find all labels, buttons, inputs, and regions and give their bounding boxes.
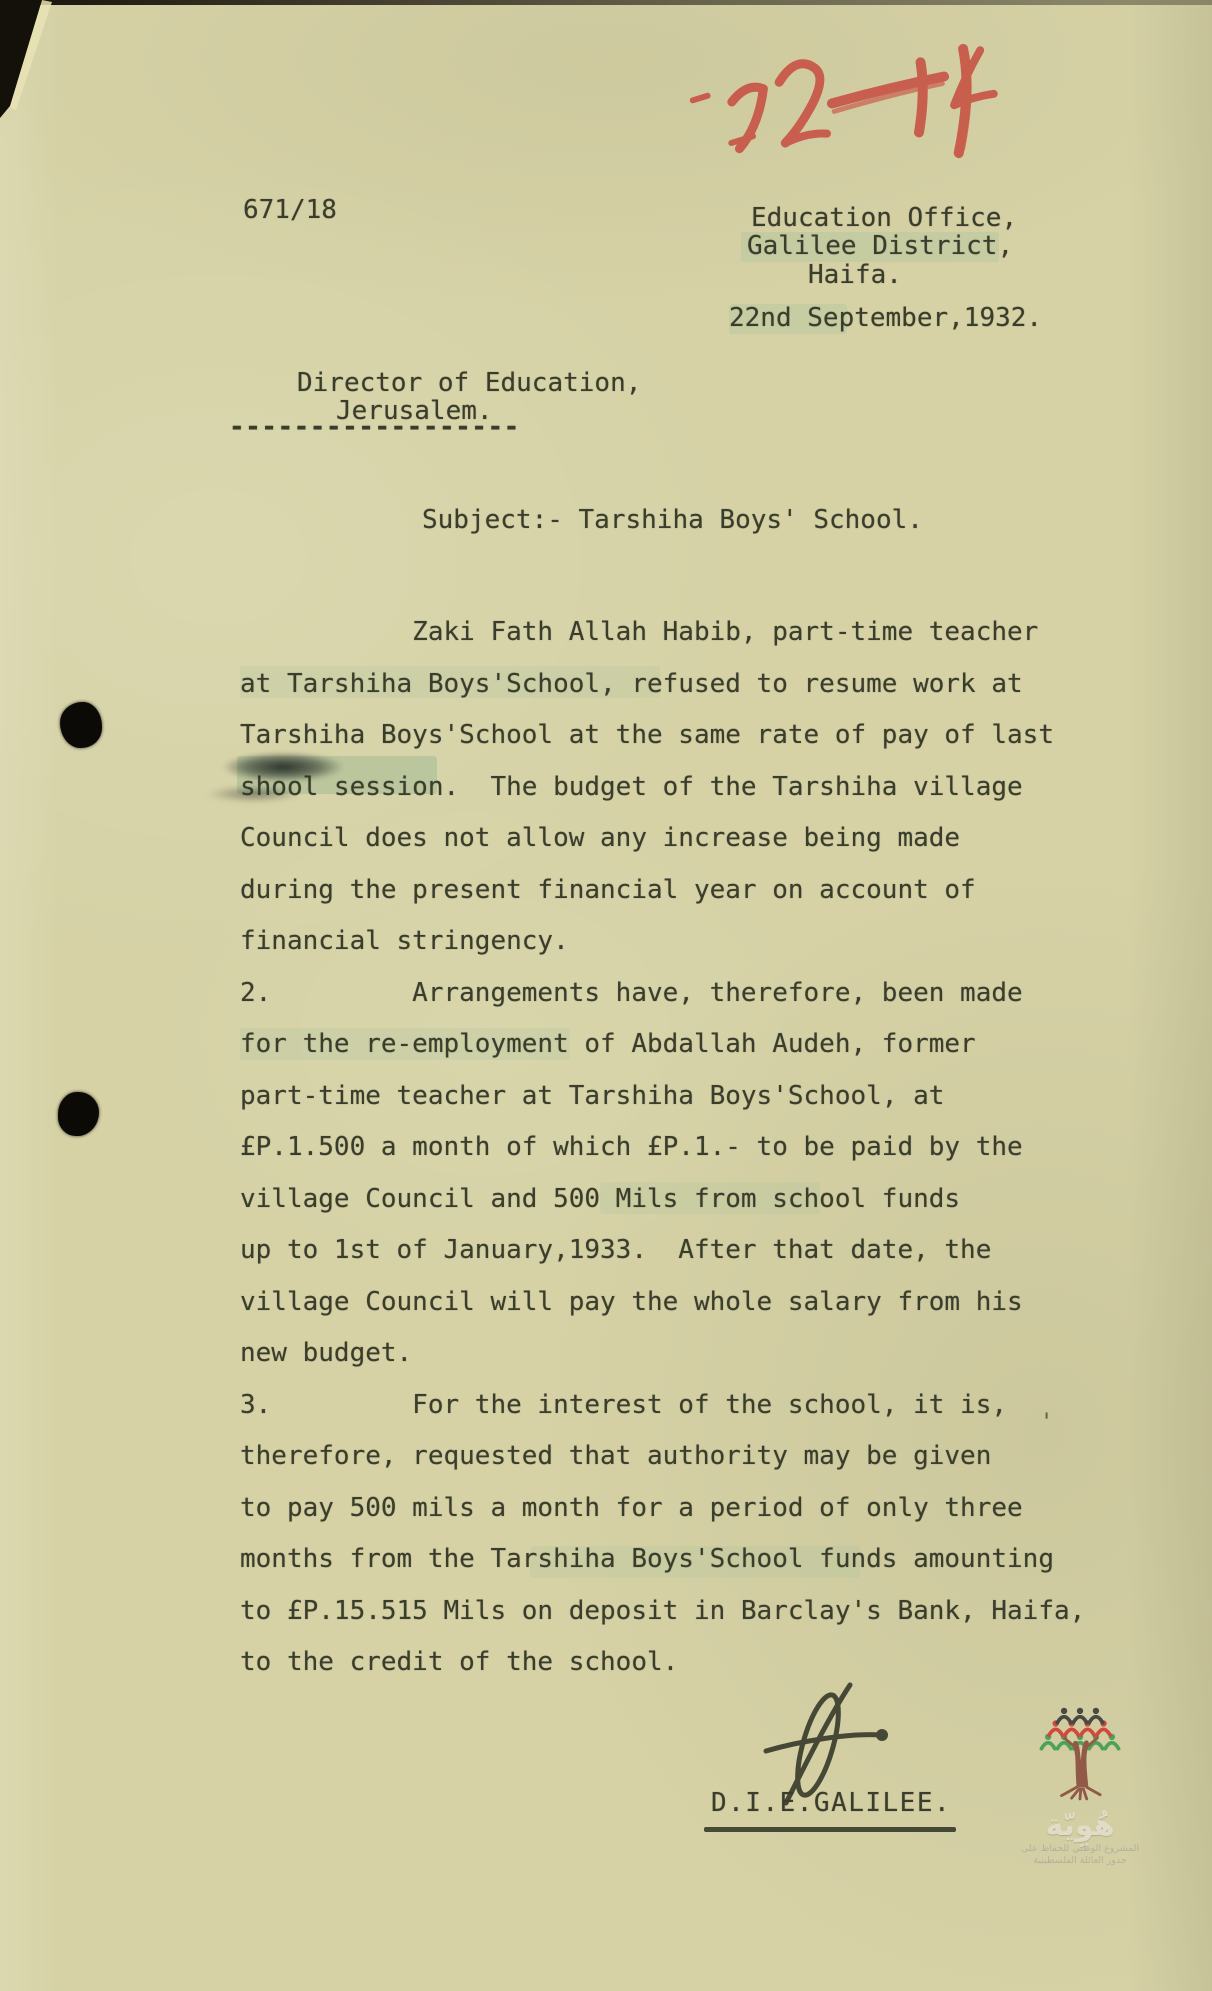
hole-punch: [58, 1092, 99, 1136]
hole-punch: [60, 702, 102, 748]
sender-address-line: Galilee District,: [747, 233, 1013, 259]
body-line: shool session. The budget of the Tarshih…: [240, 762, 1085, 814]
body-line: 3. For the interest of the school, it is…: [240, 1380, 1085, 1432]
sender-address-line: Haifa.: [808, 262, 902, 288]
body-line: village Council will pay the whole salar…: [240, 1277, 1085, 1329]
body-line: to £P.15.515 Mils on deposit in Barclay'…: [240, 1586, 1085, 1638]
letter-date: 22nd September,1932.: [729, 305, 1042, 331]
body-line: financial stringency.: [240, 916, 1085, 968]
stray-pen-mark: ': [1040, 1412, 1053, 1434]
watermark-tagline: المشروع الوطني للحفاظ على: [1008, 1843, 1152, 1855]
ink-smudge: [206, 786, 302, 802]
body-line: to pay 500 mils a month for a period of …: [240, 1483, 1085, 1535]
red-handwritten-number: [658, 29, 1033, 182]
watermark-tagline: جذور العائلة الفلسطينية: [1008, 1855, 1152, 1867]
body-line: months from the Tarshiha Boys'School fun…: [240, 1534, 1085, 1586]
watermark-tree-logo: [1038, 1700, 1122, 1809]
body-line: at Tarshiha Boys'School, refused to resu…: [240, 659, 1085, 711]
recipient-line: Director of Education,: [297, 370, 641, 396]
body-line: up to 1st of January,1933. After that da…: [240, 1225, 1085, 1277]
body-line: £P.1.500 a month of which £P.1.- to be p…: [240, 1122, 1085, 1174]
subject-line: Subject:- Tarshiha Boys' School.: [422, 507, 923, 533]
body-line: Tarshiha Boys'School at the same rate of…: [240, 710, 1085, 762]
signature-underline: [704, 1827, 956, 1832]
body-line: Zaki Fath Allah Habib, part-time teacher: [240, 607, 1085, 659]
archive-watermark: هُوِيّة المشروع الوطني للحفاظ على جذور ا…: [1008, 1700, 1152, 1866]
watermark-wordmark: هُوِيّة: [1008, 1809, 1152, 1843]
scanned-letter-page: 671/18 Education Office, Galilee Distric…: [0, 0, 1212, 1991]
reference-number: 671/18: [243, 197, 337, 223]
scan-edge-strip: [0, 0, 1212, 5]
ink-smudge: [222, 752, 344, 782]
body-line: part-time teacher at Tarshiha Boys'Schoo…: [240, 1071, 1085, 1123]
body-line: during the present financial year on acc…: [240, 865, 1085, 917]
body-line: new budget.: [240, 1328, 1085, 1380]
body-line: 2. Arrangements have, therefore, been ma…: [240, 968, 1085, 1020]
sender-address-line: Education Office,: [751, 205, 1017, 231]
letter-body: Zaki Fath Allah Habib, part-time teacher…: [240, 607, 1085, 1689]
body-line: Council does not allow any increase bein…: [240, 813, 1085, 865]
body-line: therefore, requested that authority may …: [240, 1431, 1085, 1483]
body-line: village Council and 500 Mils from school…: [240, 1174, 1085, 1226]
recipient-underline: ------------------: [229, 414, 520, 440]
body-line: for the re-employment of Abdallah Audeh,…: [240, 1019, 1085, 1071]
signature-name: D.I.E.GALILEE.: [711, 1790, 951, 1816]
